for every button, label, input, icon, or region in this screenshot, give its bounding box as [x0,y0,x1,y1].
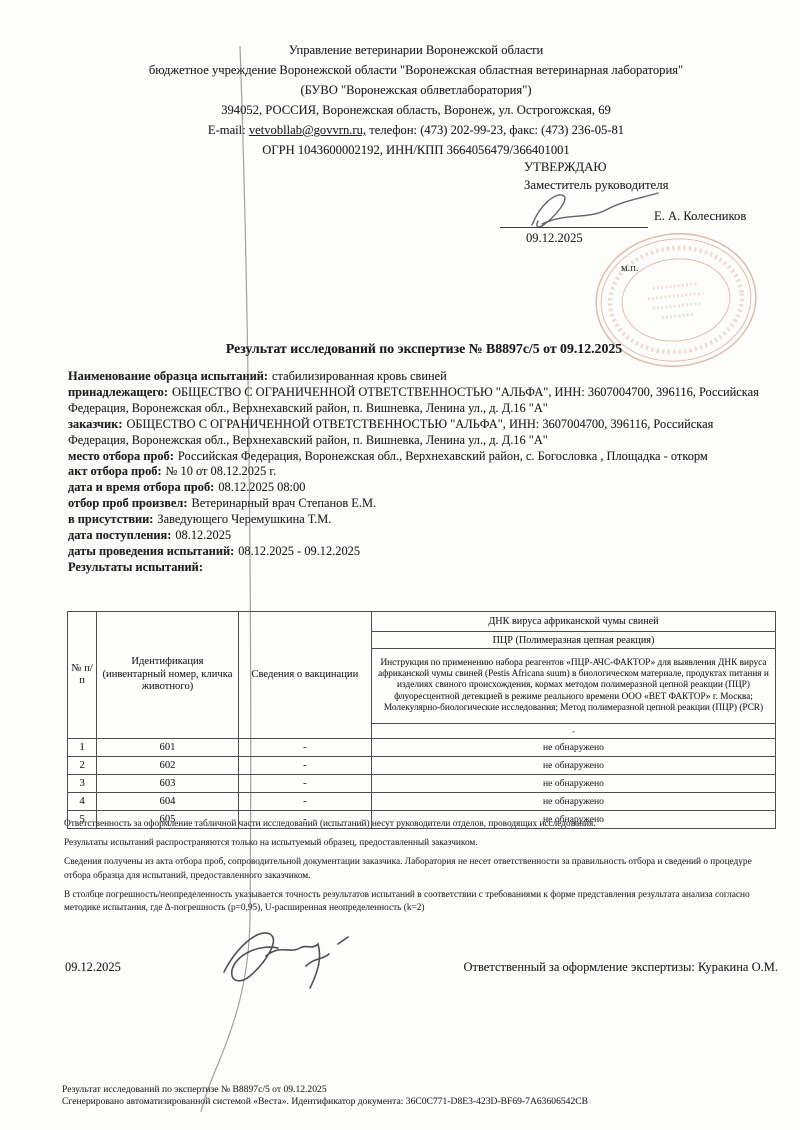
org-contacts-line: E-mail: vetvobllab@govvrn.ru, телефон: (… [32,120,800,140]
detail-sampling-act: акт отбора проб:№ 10 от 08.12.2025 г. [68,464,762,480]
column-header-spacer: - [371,724,775,739]
column-header-method: ПЦР (Полимеразная цепная реакция) [371,632,775,649]
letterhead: Управление ветеринарии Воронежской облас… [0,40,800,160]
approver-signature [518,183,668,233]
table-row: 3 603 - не обнаружено [68,775,776,793]
org-ogrn-line: ОГРН 1043600002192, ИНН/КПП 3664056479/3… [32,140,800,160]
document-footer: Результат исследований по экспертизе № B… [62,1084,588,1108]
column-header-identification: Идентификация (инвентарный номер, кличка… [97,612,238,739]
footer-generated-line: Сгенерировано автоматизированной системо… [62,1096,588,1108]
row-id: 604 [97,793,238,811]
detail-receipt-date: дата поступления:08.12.2025 [68,528,762,544]
detail-sampling-place: место отбора проб:Российская Федерация, … [68,449,762,465]
column-header-analyte: ДНК вируса африканской чумы свиней [371,612,775,632]
results-heading: Результаты испытаний: [68,560,762,576]
approval-date: 09.12.2025 [526,231,583,246]
scanned-document-page: Управление ветеринарии Воронежской облас… [0,0,800,1130]
email-label: E-mail: [208,123,246,137]
footnotes: Ответственность за оформление табличной … [64,818,780,921]
org-address-line: 394052, РОССИЯ, Воронежская область, Вор… [32,100,800,120]
row-vaccination: - [238,793,371,811]
detail-customer: заказчик:ОБЩЕСТВО С ОГРАНИЧЕННОЙ ОТВЕТСТ… [68,417,762,449]
footnote: Ответственность за оформление табличной … [64,818,780,832]
responsible-person: Ответственный за оформление экспертизы: … [463,960,778,975]
approver-name: Е. А. Колесников [654,209,746,224]
org-full-name-line: бюджетное учреждение Воронежской области… [32,60,800,80]
row-id: 601 [97,739,238,757]
row-result: не обнаружено [371,757,775,775]
approve-label: УТВЕРЖДАЮ [524,158,794,176]
column-header-number: № п/п [68,612,97,739]
detail-owner: принадлежащего:ОБЩЕСТВО С ОГРАНИЧЕННОЙ О… [68,385,762,417]
document-title: Результат исследований по экспертизе № В… [0,341,800,357]
stamp-place-mark: м.п. [621,263,639,274]
phone-fax: телефон: (473) 202-99-23, факс: (473) 23… [369,123,624,137]
footnote: Сведения получены из акта отбора проб, с… [64,856,780,883]
responsible-signature [208,912,363,1002]
row-result: не обнаружено [371,793,775,811]
row-number: 1 [68,739,97,757]
detail-sampling-datetime: дата и время отбора проб:08.12.2025 08:0… [68,480,762,496]
table-row: 4 604 - не обнаружено [68,793,776,811]
footnote: Результаты испытаний распространяются то… [64,837,780,851]
results-table: № п/п Идентификация (инвентарный номер, … [67,611,776,829]
row-number: 3 [68,775,97,793]
column-header-vaccination: Сведения о вакцинации [238,612,371,739]
row-result: не обнаружено [371,739,775,757]
signoff-date: 09.12.2025 [65,960,121,975]
org-name-line: Управление ветеринарии Воронежской облас… [32,40,800,60]
email-address: vetvobllab@govvrn.ru, [249,123,366,137]
signature-line [500,227,648,228]
footnote: В столбце погрешность/неопределенность у… [64,889,780,916]
sample-details: Наименование образца испытаний:стабилизи… [68,369,762,576]
table-row: 2 602 - не обнаружено [68,757,776,775]
row-result: не обнаружено [371,775,775,793]
row-vaccination: - [238,775,371,793]
org-short-name-line: (БУВО "Воронежская облветлаборатория") [32,80,800,100]
detail-testing-dates: даты проведения испытаний:08.12.2025 - 0… [68,544,762,560]
row-id: 602 [97,757,238,775]
row-number: 4 [68,793,97,811]
column-header-method-detail: Инструкция по применению набора реагенто… [371,649,775,724]
row-vaccination: - [238,757,371,775]
detail-witness: в присутствии:Заведующего Черемушкина Т.… [68,512,762,528]
footer-expertise-line: Результат исследований по экспертизе № B… [62,1084,588,1096]
detail-sampler: отбор проб произвел:Ветеринарный врач Ст… [68,496,762,512]
row-id: 603 [97,775,238,793]
table-row: 1 601 - не обнаружено [68,739,776,757]
row-number: 2 [68,757,97,775]
row-vaccination: - [238,739,371,757]
detail-sample-name: Наименование образца испытаний:стабилизи… [68,369,762,385]
